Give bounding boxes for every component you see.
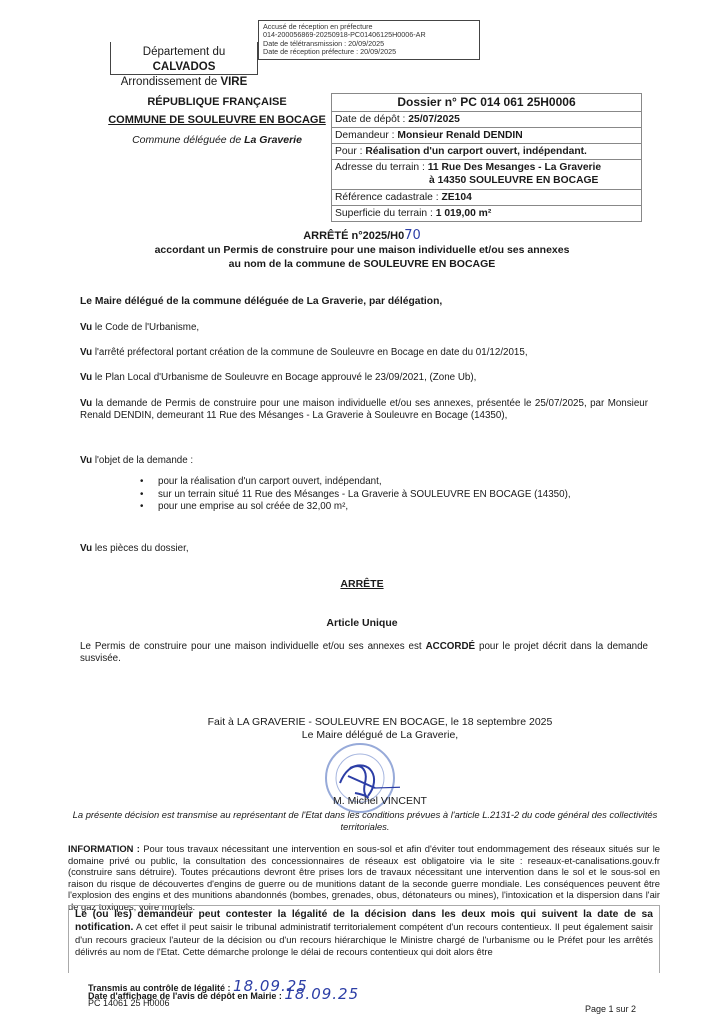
vu-objet: Vu l'objet de la demande : <box>80 455 648 467</box>
accorde-label: ACCORDÉ <box>426 641 476 652</box>
receipt-reception-date: Date de réception préfecture : 20/09/202… <box>263 48 479 56</box>
handwritten-date: 18.09.25 <box>284 985 359 1003</box>
article-heading: Article Unique <box>0 617 724 629</box>
list-item: pour une emprise au sol créée de 32,00 m… <box>140 501 660 514</box>
maire-statement: Le Maire délégué de la commune déléguée … <box>80 296 648 308</box>
recours-notice: Le (ou les) demandeur peut contester la … <box>68 905 660 973</box>
vu-code-urbanisme: Vu le Code de l'Urbanisme, <box>80 322 648 334</box>
fait-a: Fait à LA GRAVERIE - SOULEUVRE EN BOCAGE… <box>160 716 600 729</box>
commune-deleguee: Commune déléguée de La Graverie <box>108 134 326 146</box>
arrete-heading: ARRÊTE <box>0 578 724 590</box>
dossier-pour: Pour : Réalisation d'un carport ouvert, … <box>332 143 641 159</box>
vu-demande: Vu la demande de Permis de construire po… <box>80 398 648 422</box>
transmission-notice: La présente décision est transmise au re… <box>70 809 660 833</box>
handwritten-number: 70 <box>404 228 421 243</box>
dossier-demandeur: Demandeur : Monsieur Renald DENDIN <box>332 127 641 143</box>
prefecture-receipt-stamp: Accusé de réception en préfecture 014-20… <box>258 20 480 60</box>
department-name: CALVADOS <box>153 61 216 73</box>
objet-list: pour la réalisation d'un carport ouvert,… <box>140 476 660 514</box>
arrondissement-name: VIRE <box>220 76 247 88</box>
dossier-title: Dossier n° PC 014 061 25H0006 <box>332 94 641 111</box>
department-box: Département du CALVADOS Arrondissement d… <box>110 42 258 75</box>
arrondissement-line: Arrondissement de VIRE <box>111 75 257 90</box>
information-notice: INFORMATION : Pour tous travaux nécessit… <box>68 843 660 912</box>
list-item: sur un terrain situé 11 Rue des Mésanges… <box>140 489 660 502</box>
commune-heading: COMMUNE DE SOULEUVRE EN BOCAGE <box>108 114 326 126</box>
dossier-cadastre: Référence cadastrale : ZE104 <box>332 189 641 205</box>
department-line: Département du CALVADOS <box>111 45 257 75</box>
vu-pieces: Vu les pièces du dossier, <box>80 543 648 555</box>
list-item: pour la réalisation d'un carport ouvert,… <box>140 476 660 489</box>
article-text: Le Permis de construire pour une maison … <box>80 641 648 665</box>
dossier-adresse: Adresse du terrain : 11 Rue Des Mesanges… <box>332 159 641 189</box>
dossier-superficie: Superficie du terrain : 1 019,00 m² <box>332 205 641 221</box>
dossier-date-depot: Date de dépôt : 25/07/2025 <box>332 111 641 127</box>
republique-heading: RÉPUBLIQUE FRANÇAISE <box>108 96 326 108</box>
vu-arrete-prefectoral: Vu l'arrêté préfectoral portant création… <box>80 347 648 359</box>
dossier-box: Dossier n° PC 014 061 25H0006 Date de dé… <box>331 93 642 222</box>
vu-plu: Vu le Plan Local d'Urbanisme de Souleuvr… <box>80 372 648 384</box>
signer-name: M. Michel VINCENT <box>160 795 600 807</box>
arrete-subtitle: accordant un Permis de construire pour u… <box>120 243 604 271</box>
arrete-title: ARRÊTÉ n°2025/H070 <box>0 228 724 243</box>
footer: Transmis au contrôle de légalité : 18.09… <box>88 981 359 1010</box>
page-number: Page 1 sur 2 <box>585 1004 636 1014</box>
